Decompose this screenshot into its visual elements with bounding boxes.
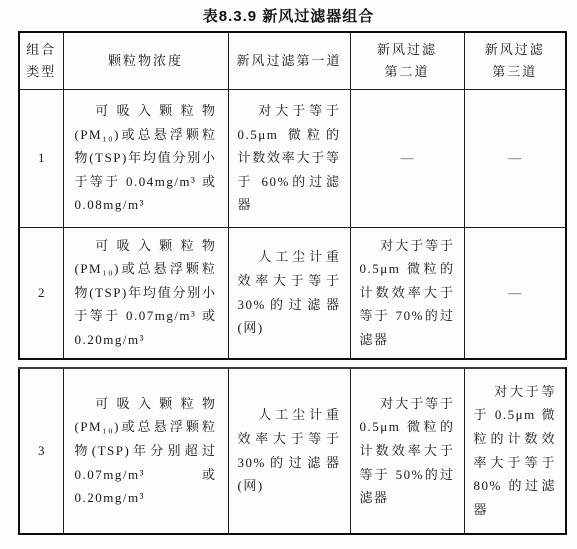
table-row-1: 1 可吸入颗粒物(PM₁₀)或总悬浮颗粒物(TSP)年均值分别小于等于 0.04…: [19, 89, 566, 227]
cell-type-3: 3: [19, 368, 63, 534]
header-particle-concentration: 颗粒物浓度: [63, 32, 228, 89]
cell-stage1-3: 人工尘计重效率大于等于 30%的过滤器(网): [228, 368, 350, 534]
cell-type-1: 1: [19, 89, 63, 227]
cell-stage1-2: 人工尘计重效率大于等于 30%的过滤器(网): [228, 227, 350, 359]
table-title: 表8.3.9 新风过滤器组合: [0, 5, 577, 26]
cell-concentration-2: 可吸入颗粒物(PM₁₀)或总悬浮颗粒物(TSP)年均值分别小于等于 0.07mg…: [63, 227, 228, 359]
cell-concentration-1: 可吸入颗粒物(PM₁₀)或总悬浮颗粒物(TSP)年均值分别小于等于 0.04mg…: [63, 89, 228, 227]
header-fresh-air-stage2: 新风过滤 第二道: [350, 32, 464, 89]
header-row: 组合 类型 颗粒物浓度 新风过滤第一道 新风过滤 第二道 新风过滤 第三道: [19, 32, 566, 89]
cell-stage1-1: 对大于等于 0.5μm 微粒的计数效率大于等于 60%的过滤器: [228, 89, 350, 227]
filter-combination-table: 组合 类型 颗粒物浓度 新风过滤第一道 新风过滤 第二道 新风过滤 第三道 1 …: [18, 31, 565, 535]
cell-concentration-3: 可吸入颗粒物(PM₁₀)或总悬浮颗粒物(TSP)年分别超过 0.07mg/m³ …: [63, 368, 228, 534]
cell-stage2-2: 对大于等于 0.5μm 微粒的计数效率大于等于 70%的过滤器: [350, 227, 464, 359]
table-section-lower: 3 可吸入颗粒物(PM₁₀)或总悬浮颗粒物(TSP)年分别超过 0.07mg/m…: [18, 367, 567, 535]
header-fresh-air-stage1: 新风过滤第一道: [228, 32, 350, 89]
cell-stage3-2: —: [464, 227, 566, 359]
table-row-3: 3 可吸入颗粒物(PM₁₀)或总悬浮颗粒物(TSP)年分别超过 0.07mg/m…: [19, 368, 566, 534]
cell-stage3-3: 对大于等于 0.5μm 微粒的计数效率大于等于 80% 的过滤器: [464, 368, 566, 534]
table-row-2: 2 可吸入颗粒物(PM₁₀)或总悬浮颗粒物(TSP)年均值分别小于等于 0.07…: [19, 227, 566, 359]
scanned-document-page: 表8.3.9 新风过滤器组合 组合 类型 颗粒物浓度 新风过滤第一道 新风过滤 …: [0, 0, 577, 549]
header-fresh-air-stage3: 新风过滤 第三道: [464, 32, 566, 89]
table-section-upper: 组合 类型 颗粒物浓度 新风过滤第一道 新风过滤 第二道 新风过滤 第三道 1 …: [18, 31, 567, 360]
cell-stage2-1: —: [350, 89, 464, 227]
cell-stage2-3: 对大于等于 0.5μm 微粒的计数效率大于等于 50%的过滤器: [350, 368, 464, 534]
cell-type-2: 2: [19, 227, 63, 359]
cell-stage3-1: —: [464, 89, 566, 227]
header-combination-type: 组合 类型: [19, 32, 63, 89]
